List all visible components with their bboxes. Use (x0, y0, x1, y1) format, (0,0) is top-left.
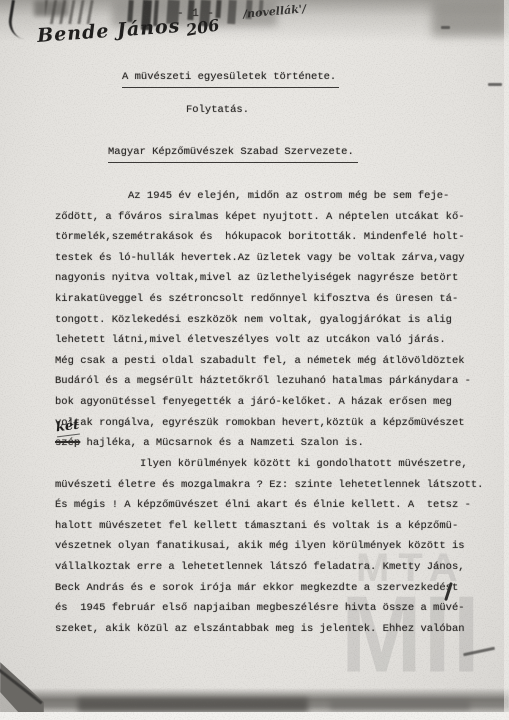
document-title: A müvészeti egyesületek története. (122, 71, 339, 88)
body-line: voltak rongálva, egyrészük romokban heve… (55, 413, 495, 434)
body-line: Még csak a pesti oldal szabadult fel, a … (55, 351, 495, 372)
body-line-with-correction: szép hajléka, a Mücsarnok és a Namzeti S… (55, 433, 495, 454)
scan-right-edge (504, 0, 509, 720)
bottom-dark-blotch (78, 698, 308, 712)
body-line: vállalkoztak erre a lehetetlennek látszó… (55, 557, 495, 578)
dash-mark (488, 83, 502, 86)
body-line: nagyonis nyitva voltak,mivel az üzlethel… (55, 268, 495, 289)
body-line: lehetett látni,mivel életveszélyes volt … (55, 330, 495, 351)
body-line: Beck András és e sorok irója már ekkor m… (55, 578, 495, 599)
body-line: Ilyen körülmények között ki gondolhatott… (55, 454, 495, 475)
document-subtitle: Folytatás. (186, 104, 249, 116)
body-line: müvészeti életre és mozgalmakra ? Ez: sz… (55, 475, 495, 496)
dash-mark (441, 26, 450, 29)
body-line: és 1945 február első napjaiban megbeszél… (55, 598, 495, 619)
ink-streak (227, 0, 237, 24)
body-line-rest: hajléka, a Mücsarnok és a Namzeti Szalon… (80, 437, 364, 449)
bottom-dark-blotch (330, 700, 470, 710)
strikethrough-word: szép (55, 437, 80, 449)
body-line: vészetnek olyan fanatikusai, akik még il… (55, 536, 495, 557)
top-right-smudge (432, 0, 509, 36)
body-line: törmelék,szemétrakások és hókupacok bori… (55, 227, 495, 248)
scanned-document-page: MTA MII Bende János - 1 - /novellák'/ 20… (0, 0, 509, 720)
body-line: tongott. Közlekedési eszközök nem voltak… (55, 310, 495, 331)
body-text: Az 1945 év elején, midőn az ostrom még b… (55, 186, 495, 639)
body-line: kirakatüveggel és szétroncsolt redőnnyel… (55, 289, 495, 310)
body-line: Budáról és a megsérült háztetőkről lezuh… (55, 371, 495, 392)
body-line: ződött, a főváros siralmas képet nyujtot… (55, 207, 495, 228)
body-line: És mégis ! A képzőmüvészet élni akart és… (55, 495, 495, 516)
body-line: testek és ló-hullák hevertek.Az üzletek … (55, 248, 495, 269)
dash-mark (463, 647, 495, 656)
scan-bottom-edge (0, 712, 509, 720)
body-line: bok agyonütéssel fenyegették a járó-kelő… (55, 392, 495, 413)
body-line: szeket, akik közül az elszántabbak meg i… (55, 619, 495, 640)
section-heading: Magyar Képzőmüvészek Szabad Szervezete. (108, 146, 358, 163)
body-line: Az 1945 év elején, midőn az ostrom még b… (55, 186, 495, 207)
body-line: halott müvészetet fel kellett támasztani… (55, 516, 495, 537)
handwritten-correction: két (55, 418, 80, 438)
